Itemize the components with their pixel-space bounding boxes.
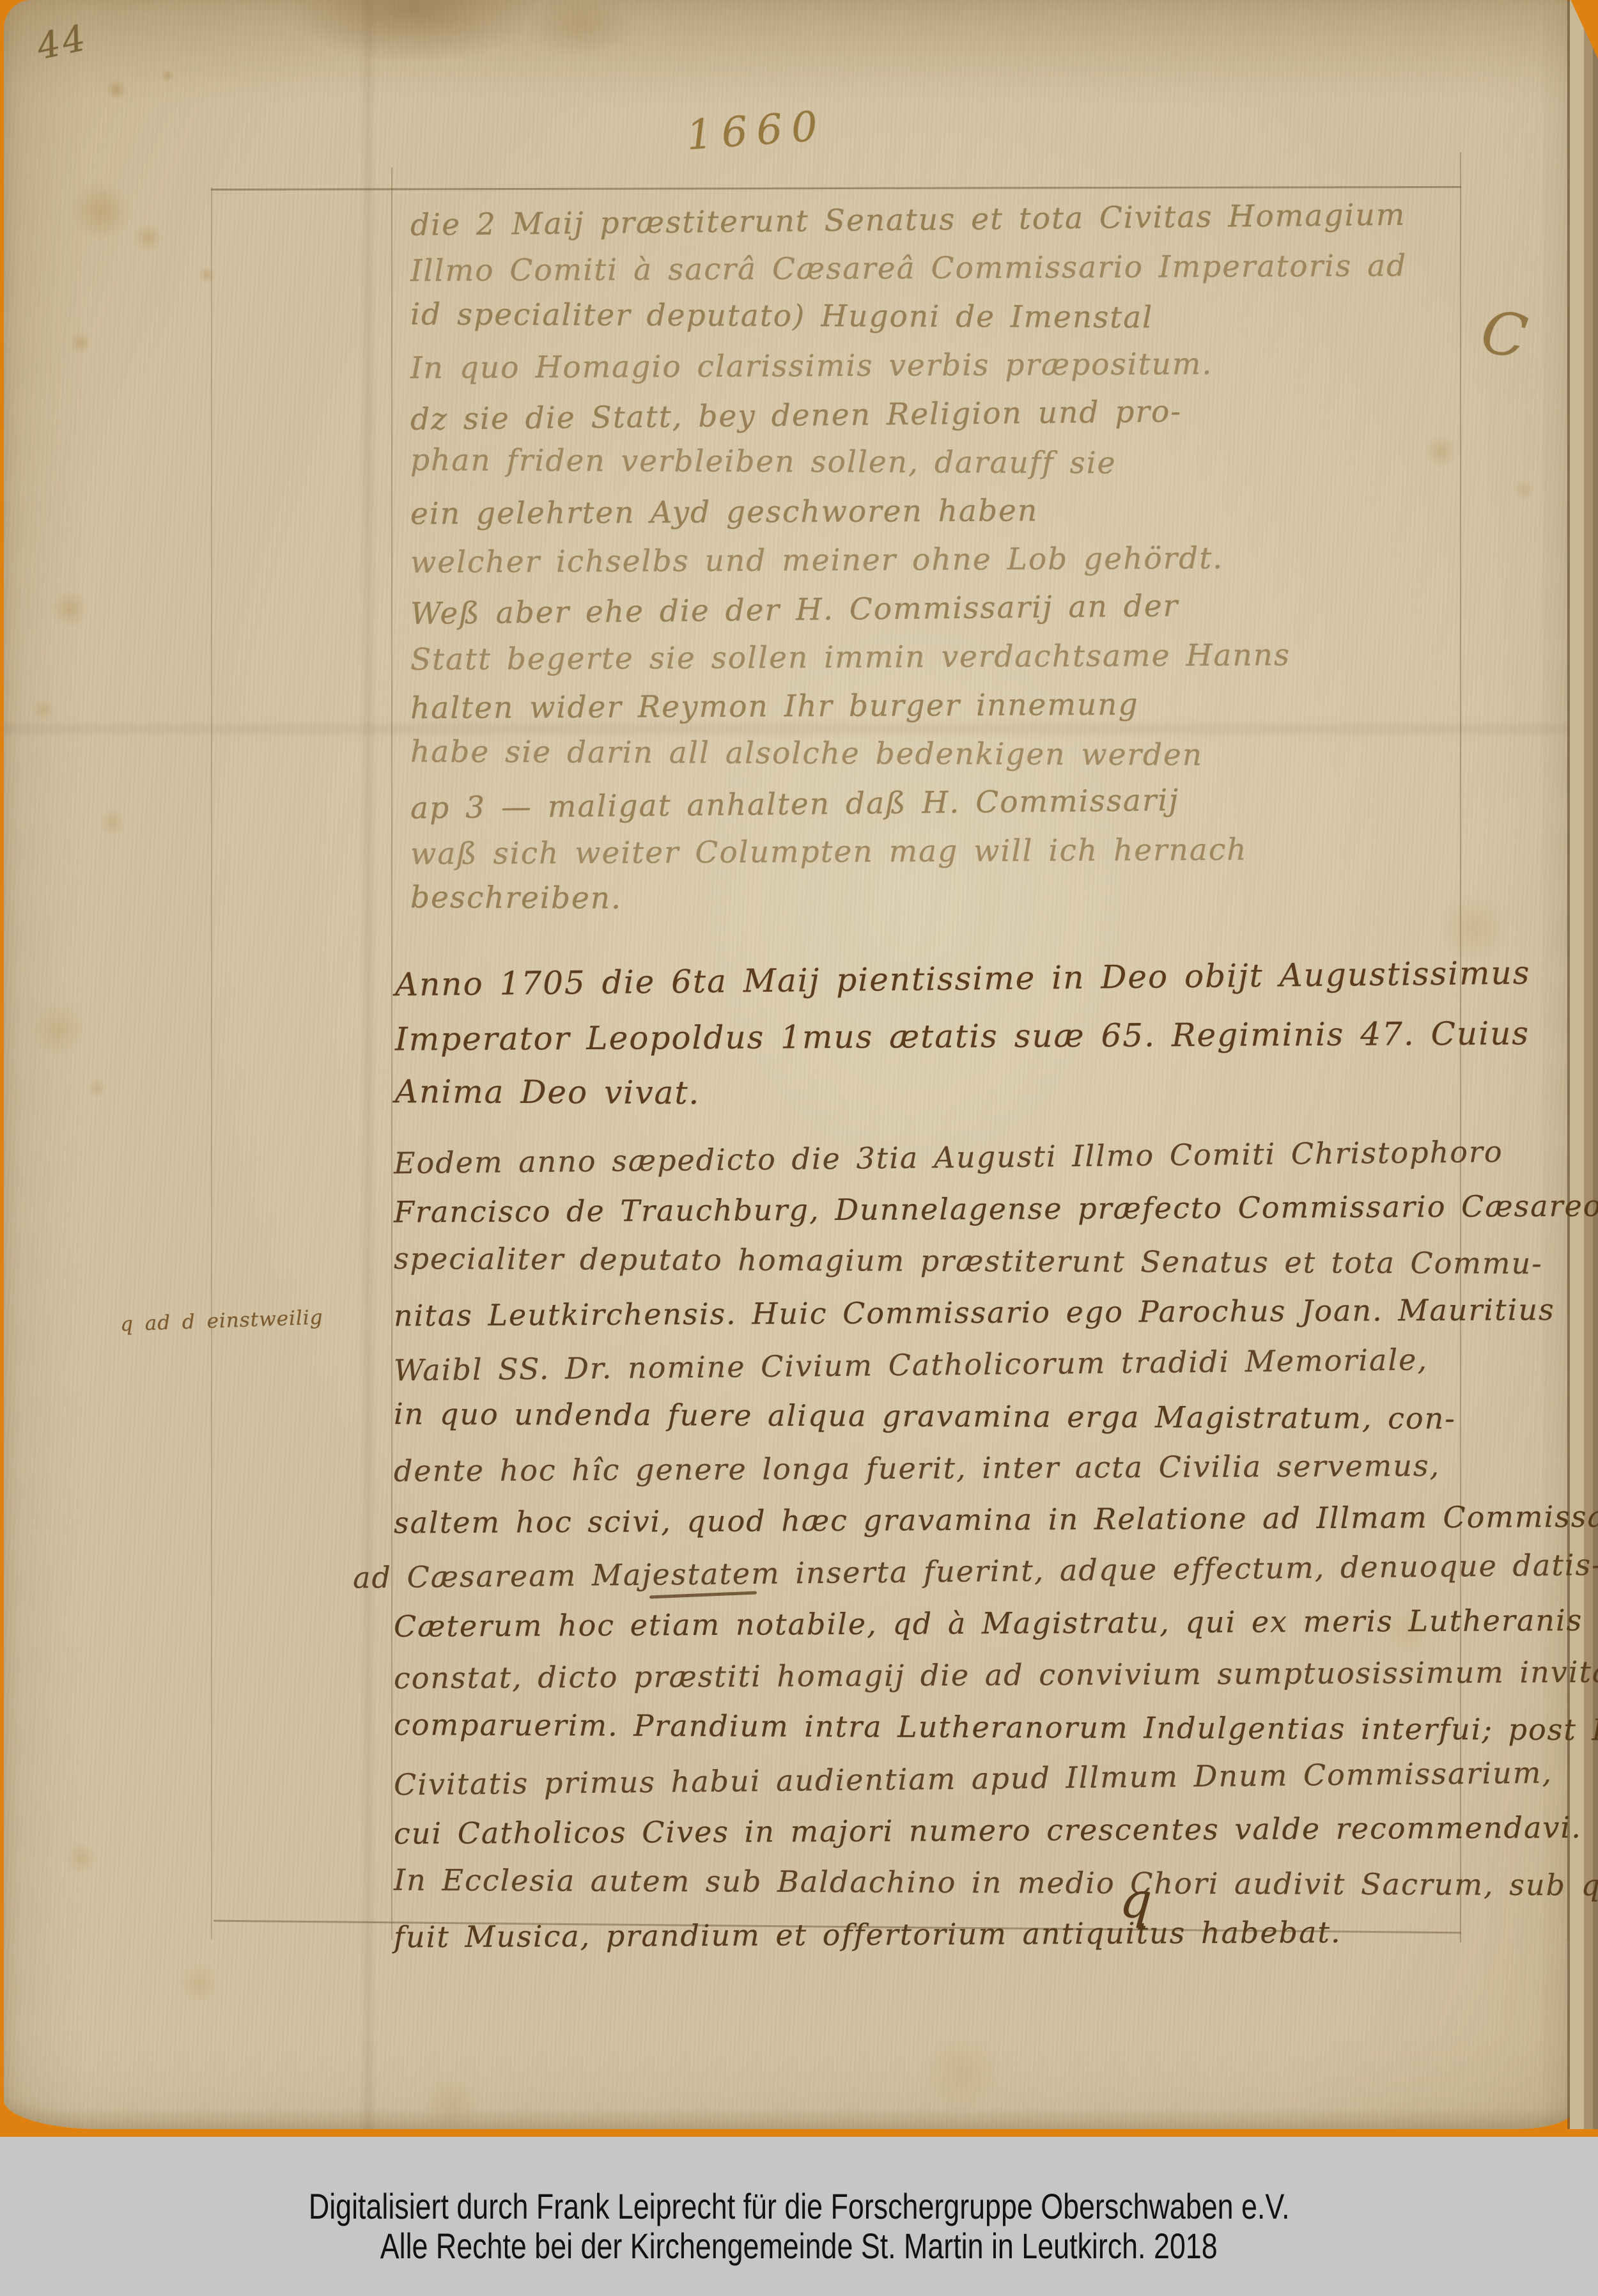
manuscript-line: saltem hoc scivi, quod hæc gravamina in … <box>394 1491 1519 1549</box>
manuscript-line: Statt begerte sie sollen immin verdachts… <box>410 630 1497 685</box>
frame-rule-margin-vertical <box>211 187 212 1939</box>
manuscript-line: in quo undenda fuere aliqua gravamina er… <box>394 1388 1519 1445</box>
manuscript-line: nitas Leutkirchensis. Huic Commissario e… <box>394 1284 1519 1341</box>
manuscript-line: Illmo Comiti à sacrâ Cæsareâ Commissario… <box>410 242 1497 296</box>
manuscript-line: Weß aber ehe die der H. Commissarij an d… <box>410 579 1498 639</box>
manuscript-line: specialiter deputato homagium præstiteru… <box>394 1233 1519 1290</box>
manuscript-line: fuit Musica, prandium et offertorium ant… <box>394 1905 1519 1963</box>
manuscript-line: Francisco de Trauchburg, Dunnelagense pr… <box>394 1180 1519 1238</box>
caption-line-1: Digitalisiert durch Frank Leiprecht für … <box>309 2187 1290 2226</box>
manuscript-line: ap 3 — maligat anhalten daß H. Commissar… <box>410 773 1498 833</box>
manuscript-block-1705-homage-entry: Eodem anno sæpedicto die 3tia Augusti Il… <box>394 1132 1519 1960</box>
manuscript-line: id specialiter deputato) Hugoni de Imens… <box>410 290 1497 343</box>
frame-rule-text-left <box>391 168 392 1940</box>
manuscript-line: Anima Deo vivat. <box>395 1063 1507 1125</box>
manuscript-block-1660-entry: die 2 Maij præstiterunt Senatus et tota … <box>410 196 1497 925</box>
manuscript-line: Anno 1705 die 6ta Maij pientissime in De… <box>395 944 1508 1013</box>
manuscript-line: habe sie darin all alsolche bedenkigen w… <box>410 728 1497 781</box>
manuscript-line: welcher ichselbs und meiner ohne Lob geh… <box>410 533 1497 588</box>
manuscript-line: die 2 Maij præstiterunt Senatus et tota … <box>410 190 1498 250</box>
year-heading: 1660 <box>685 102 828 159</box>
manuscript-line: Waibl SS. Dr. nomine Civium Catholicorum… <box>394 1333 1519 1396</box>
manuscript-line: In quo Homagio clarissimis verbis præpos… <box>410 339 1497 393</box>
manuscript-line: dente hoc hîc genere longa fuerit, inter… <box>394 1439 1519 1497</box>
manuscript-line: comparuerim. Prandium intra Lutheranorum… <box>394 1699 1519 1756</box>
manuscript-line: Cæterum hoc etiam notabile, qd à Magistr… <box>394 1595 1519 1652</box>
manuscript-line: Imperator Leopoldus 1mus ætatis suæ 65. … <box>395 1004 1507 1068</box>
scanned-manuscript-page: 44 1660 C q ad d einstweilig die 2 Maij … <box>0 0 1598 2296</box>
manuscript-line: beschreiben. <box>410 873 1497 926</box>
manuscript-line: dz sie die Statt, bey denen Religion und… <box>410 384 1498 444</box>
manuscript-line: Eodem anno sæpedicto die 3tia Augusti Il… <box>394 1126 1519 1189</box>
manuscript-line: waß sich weiter Columpten mag will ich h… <box>410 825 1497 879</box>
manuscript-block-1705-death-of-leopold: Anno 1705 die 6ta Maij pientissime in De… <box>395 950 1507 1123</box>
manuscript-line: phan friden verbleiben sollen, darauff s… <box>410 436 1497 489</box>
manuscript-line: Civitatis primus habui audientiam apud I… <box>394 1747 1519 1811</box>
paragraph-end-flourish: q <box>1118 1871 1155 1930</box>
caption-line-2: Alle Rechte bei der Kirchengemeinde St. … <box>380 2226 1218 2266</box>
manuscript-line: cui Catholicos Cives in majori numero cr… <box>394 1802 1519 1859</box>
manuscript-line: halten wider Reymon Ihr burger innemung <box>410 679 1497 733</box>
digitization-caption-bar: Digitalisiert durch Frank Leiprecht für … <box>0 2137 1598 2296</box>
manuscript-line: constat, dicto præstiti homagij die ad c… <box>394 1646 1519 1704</box>
manuscript-line: ad Cæsaream Majestatem inserta fuerint, … <box>353 1540 1519 1604</box>
manuscript-line: ein gelehrten Ayd geschworen haben <box>410 485 1497 539</box>
manuscript-line: In Ecclesia autem sub Baldachino in medi… <box>394 1854 1519 1911</box>
